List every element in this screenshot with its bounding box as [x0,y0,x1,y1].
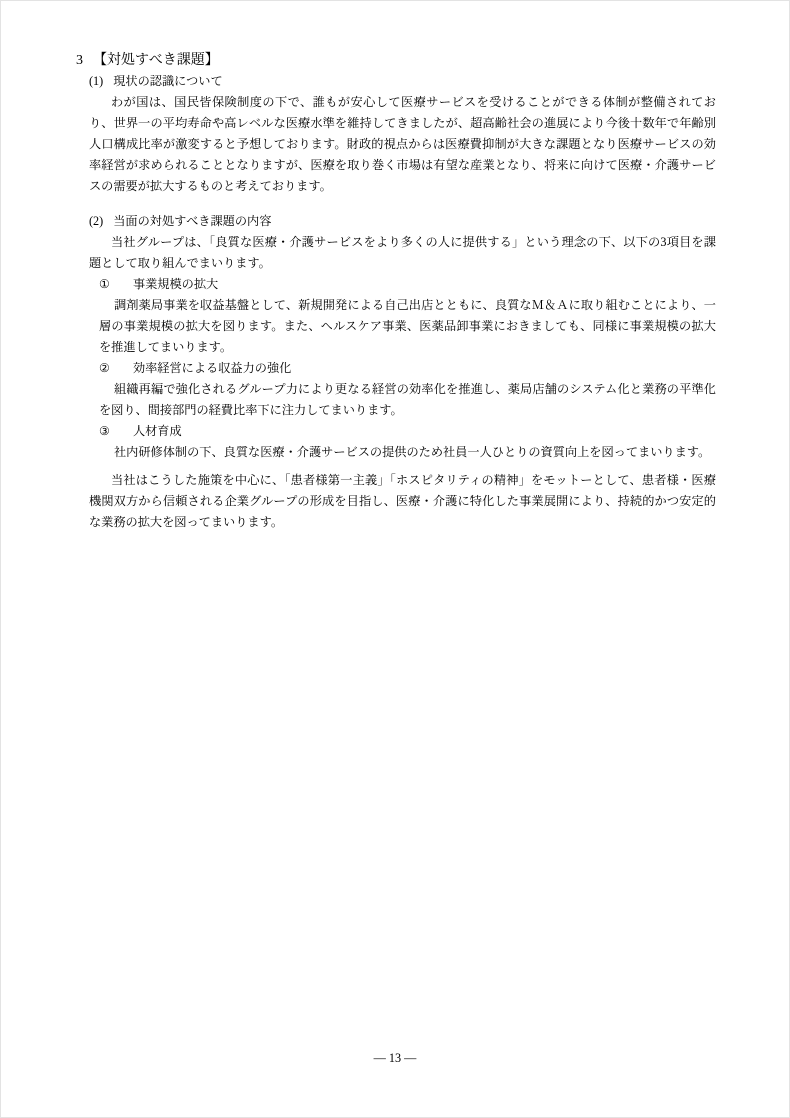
subsection-1-label: (1) [89,74,103,88]
list-item-2-body: 組織再編で強化されるグループ力により更なる経営の効率化を推進し、薬局店舗のシステ… [99,379,716,421]
list-item-2-heading: ②効率経営による収益力の強化 [99,358,716,379]
list-item-1-marker: ① [99,277,110,291]
list-item-1-heading: ①事業規模の拡大 [99,274,716,295]
section-heading-number: 3 [76,53,83,68]
subsection-2-paragraph: 当社グループは、「良質な医療・介護サービスをより多くの人に提供する」という理念の… [89,232,716,274]
subsection-1-paragraph: わが国は、国民皆保険制度の下で、誰もが安心して医療サービスを受けることができる体… [89,92,716,197]
subsection-issues-to-address: (2)当面の対処すべき課題の内容 当社グループは、「良質な医療・介護サービスをよ… [76,211,716,463]
section-heading: 3【対処すべき課題】 [76,50,716,71]
list-item-3-heading: ③人材育成 [99,421,716,442]
list-item-3-body: 社内研修体制の下、良質な医療・介護サービスの提供のため社員一人ひとりの資質向上を… [99,442,716,463]
list-item-1-body: 調剤薬局事業を収益基盤として、新規開発による自己出店とともに、良質なＭ＆Ａに取り… [99,295,716,358]
list-item-business-expansion: ①事業規模の拡大 調剤薬局事業を収益基盤として、新規開発による自己出店とともに、… [76,274,716,358]
subsection-2-heading: (2)当面の対処すべき課題の内容 [89,211,716,232]
subsection-current-situation: (1)現状の認識について わが国は、国民皆保険制度の下で、誰もが安心して医療サー… [76,71,716,197]
subsection-2-title: 当面の対処すべき課題の内容 [113,214,271,228]
list-item-2-title: 効率経営による収益力の強化 [133,361,291,375]
subsection-1-heading: (1)現状の認識について [89,71,716,92]
closing-paragraph: 当社はこうした施策を中心に、「患者様第一主義」「ホスピタリティの精神」をモットー… [89,470,716,533]
subsection-2-label: (2) [89,214,103,228]
list-item-3-title: 人材育成 [133,424,182,438]
list-item-efficiency-management: ②効率経営による収益力の強化 組織再編で強化されるグループ力により更なる経営の効… [76,358,716,421]
section-heading-title: 【対処すべき課題】 [93,53,219,68]
subsection-1-title: 現状の認識について [113,74,222,88]
document-page: 3【対処すべき課題】 (1)現状の認識について わが国は、国民皆保険制度の下で、… [0,0,790,1118]
page-footer: ― 13 ― [1,1048,789,1069]
page-content: 3【対処すべき課題】 (1)現状の認識について わが国は、国民皆保険制度の下で、… [76,50,716,533]
list-item-2-marker: ② [99,361,110,375]
list-item-human-resources: ③人材育成 社内研修体制の下、良質な医療・介護サービスの提供のため社員一人ひとり… [76,421,716,463]
page-number: ― 13 ― [374,1051,417,1065]
list-item-1-title: 事業規模の拡大 [133,277,218,291]
list-item-3-marker: ③ [99,424,110,438]
